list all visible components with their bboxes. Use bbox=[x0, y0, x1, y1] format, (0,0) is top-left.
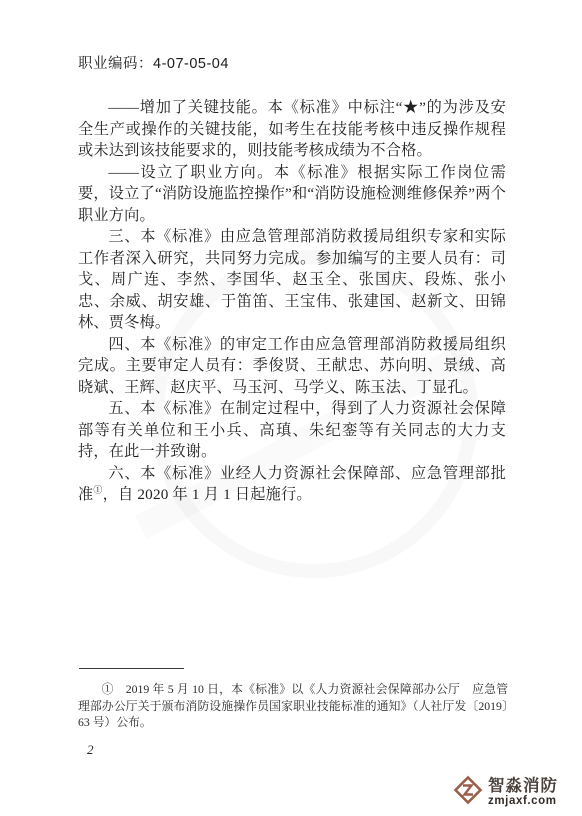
brand-text: 智淼消防 zmjaxf.com bbox=[488, 778, 558, 808]
paragraph-six-date: ，自 2020 年 1 月 1 日起施行。 bbox=[103, 486, 312, 503]
document-body: ——增加了关键技能。本《标准》中标注“★”的为涉及安全生产或操作的关键技能，如考… bbox=[78, 97, 506, 506]
zmjaxf-logo: 智淼消防 zmjaxf.com bbox=[453, 775, 558, 810]
paragraph-key-skills: ——增加了关键技能。本《标准》中标注“★”的为涉及安全生产或操作的关键技能，如考… bbox=[78, 97, 506, 162]
brand-url: zmjaxf.com bbox=[488, 796, 558, 808]
paragraph-three-drafters: 三、本《标准》由应急管理部消防救援局组织专家和实际工作者深入研究，共同努力完成。… bbox=[78, 226, 506, 334]
footnote-marker: ① bbox=[93, 485, 102, 495]
brand-title: 智淼消防 bbox=[488, 778, 558, 795]
paragraph-five-acknowledgement: 五、本《标准》在制定过程中，得到了人力资源社会保障部等有关单位和王小兵、高瑱、朱… bbox=[78, 398, 506, 463]
diamond-flame-icon bbox=[453, 775, 483, 810]
paragraph-career-directions: ——设立了职业方向。本《标准》根据实际工作岗位需要，设立了“消防设施监控操作”和… bbox=[78, 162, 506, 227]
footnote-divider bbox=[79, 668, 184, 669]
footnote-text: ① 2019 年 5 月 10 日，本《标准》以《人力资源社会保障部办公厅 应急… bbox=[78, 681, 508, 731]
paragraph-six-approval: 六、本《标准》业经人力资源社会保障部、应急管理部批准①，自 2020 年 1 月… bbox=[78, 463, 506, 506]
occupation-code: 职业编码：4-07-05-04 bbox=[78, 52, 229, 73]
page-number: 2 bbox=[87, 742, 94, 758]
footnote: ① 2019 年 5 月 10 日，本《标准》以《人力资源社会保障部办公厅 应急… bbox=[78, 681, 508, 731]
paragraph-four-reviewers: 四、本《标准》的审定工作由应急管理部消防救援局组织完成。主要审定人员有：季俊贤、… bbox=[78, 334, 506, 399]
document-page: 职业编码：4-07-05-04 ——增加了关键技能。本《标准》中标注“★”的为涉… bbox=[0, 0, 582, 816]
